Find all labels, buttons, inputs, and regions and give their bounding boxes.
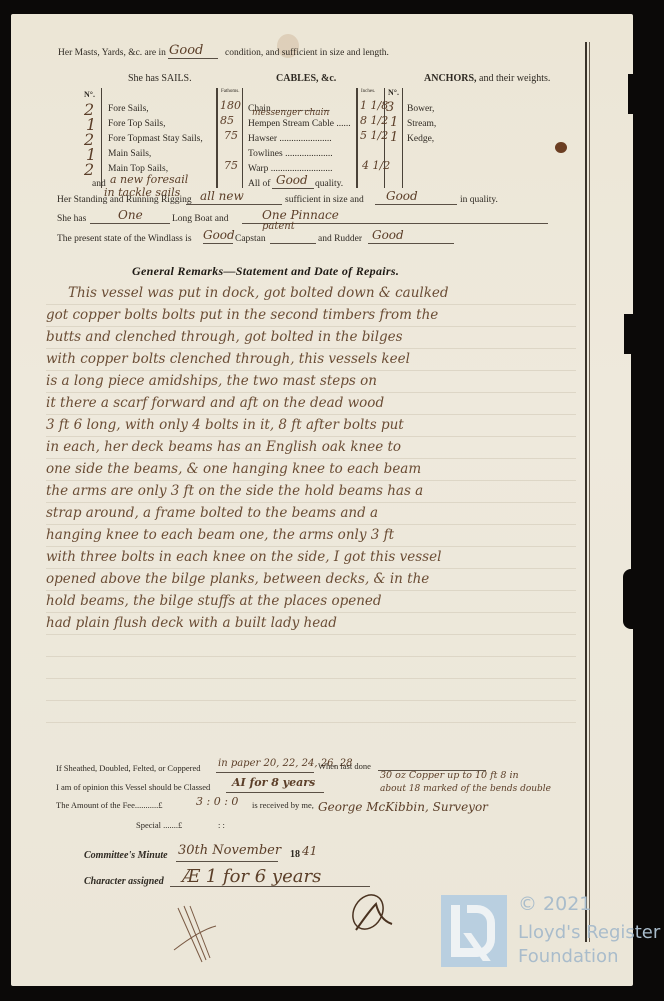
remarks-line: the arms are only 3 ft on the side the h… (46, 480, 606, 502)
capstan-label: Capstan (235, 234, 266, 244)
fathoms-header: Fathoms. (221, 89, 239, 94)
sail-label: Fore Topmast Stay Sails, (108, 134, 203, 144)
remarks-line: butts and clenched through, got bolted i… (46, 326, 606, 348)
boat-middle: Long Boat and (172, 214, 228, 224)
remarks-line: with copper bolts clenched through, this… (46, 348, 606, 370)
remarks-line: in each, her deck beams has an English o… (46, 436, 606, 458)
remarks-line: strap around, a frame bolted to the beam… (46, 502, 606, 524)
remarks-line: is a long piece amidships, the two mast … (46, 370, 606, 392)
fee-label: The Amount of the Fee...........£ (56, 800, 162, 810)
remarks-line: it there a scarf forward and aft on the … (46, 392, 606, 414)
committee-minute-label: Committee's Minute (84, 850, 168, 861)
watermark-org-line2: Foundation (518, 946, 618, 967)
anchors-no-header: N°. (388, 88, 399, 97)
cable-inches: 1 1/8 (360, 99, 388, 112)
anchor-count: 1 (390, 130, 398, 145)
remarks-line: one side the beams, & one hanging knee t… (46, 458, 606, 480)
when-last-done-label: When last done (318, 761, 371, 771)
rigging-middle: sufficient in size and (285, 195, 364, 205)
all-of-label: All of (248, 179, 270, 189)
year-prefix: 18 (290, 849, 300, 860)
classed-note: about 18 marked of the bends double (380, 784, 551, 794)
surveyor-signature: George McKibbin, Surveyor (318, 800, 488, 814)
ink-blot (555, 142, 567, 153)
fee-received-label: is received by me, (252, 800, 314, 810)
rigging-value-2: Good (386, 189, 418, 203)
cable-fathoms: 180 (220, 99, 241, 112)
fee-value: 3 : 0 : 0 (196, 795, 238, 808)
cables-heading: CABLES, &c. (276, 73, 336, 84)
character-assigned-label: Character assigned (84, 876, 164, 887)
when-last-done-value: 30 oz Copper up to 10 ft 8 in (380, 770, 519, 781)
long-boat-value: One (118, 208, 143, 222)
sail-label: Main Sails, (108, 149, 151, 159)
committee-minute-value: 30th November (178, 843, 281, 858)
torn-edge (628, 74, 636, 114)
boat-label: She has (57, 214, 86, 224)
masts-label: Her Masts, Yards, &c. are in (58, 48, 166, 58)
special-label: Special .......£ (136, 820, 182, 830)
anchor-count: 1 (390, 115, 398, 130)
special-value: : : (218, 820, 225, 830)
windlass-value: Good (203, 228, 235, 242)
remarks-line: This vessel was put in dock, got bolted … (46, 282, 606, 304)
remarks-body: This vessel was put in dock, got bolted … (46, 282, 606, 634)
sheathed-label: If Sheathed, Doubled, Felted, or Coppere… (56, 763, 200, 773)
cable-fathoms: 75 (224, 159, 238, 172)
remarks-heading: General Remarks—Statement and Date of Re… (132, 264, 399, 279)
anchor-label: Kedge, (407, 134, 434, 144)
anchors-heading: ANCHORS, and their weights. (424, 73, 550, 84)
anchor-label: Stream, (407, 119, 436, 129)
rudder-label: and Rudder (318, 234, 362, 244)
cable-fathoms: 85 (220, 114, 234, 127)
cable-inches: 8 1/2 (360, 114, 388, 127)
sails-heading: She has SAILS. (128, 73, 192, 84)
classed-value: AI for 8 years (232, 776, 315, 789)
cable-annotation: messenger chain (252, 108, 329, 118)
cable-label: Towlines .................... (248, 149, 333, 159)
initials-monogram-icon (346, 890, 396, 940)
masts-suffix: condition, and sufficient in size and le… (225, 48, 389, 58)
character-assigned-value: Æ 1 for 6 years (182, 866, 321, 887)
classed-label: I am of opinion this Vessel should be Cl… (56, 782, 210, 792)
watermark-org-line1: Lloyd's Register (518, 922, 660, 943)
watermark-copyright: © 2021 (518, 893, 591, 915)
rigging-value-1: all new (200, 189, 244, 203)
sails-and-value: a new foresail (110, 173, 188, 186)
cable-fathoms: 75 (224, 129, 238, 142)
remarks-line: hanging knee to each beam one, the arms … (46, 524, 606, 546)
rudder-value: Good (372, 228, 404, 242)
all-of-value: Good (276, 173, 308, 187)
inches-header: Inches. (361, 89, 375, 94)
remarks-line: opened above the bilge planks, between d… (46, 568, 606, 590)
cable-inches: 5 1/2 (360, 129, 388, 142)
remarks-line: got copper bolts bolts put in the second… (46, 304, 606, 326)
rigging-suffix: in quality. (460, 195, 498, 205)
remarks-line: 3 ft 6 long, with only 4 bolts in it, 8 … (46, 414, 606, 436)
anchor-count: 3 (386, 100, 394, 115)
sails-no-header: N°. (84, 90, 95, 99)
all-of-suffix: quality. (315, 179, 343, 189)
rigging-label: Her Standing and Running Rigging (57, 195, 192, 205)
sail-count: 2 (84, 160, 94, 179)
year-suffix: 41 (302, 844, 317, 858)
cable-label: Hempen Stream Cable ...... (248, 119, 351, 129)
lr-foundation-logo-icon (441, 895, 507, 967)
initials-flourish-icon (170, 900, 220, 970)
sail-label: Fore Sails, (108, 104, 149, 114)
anchor-label: Bower, (407, 104, 434, 114)
windlass-label: The present state of the Windlass is (57, 234, 192, 244)
remarks-line: hold beams, the bilge stuffs at the plac… (46, 590, 606, 612)
pinnace-value: One Pinnace (262, 208, 339, 222)
remarks-line: with three bolts in each knee on the sid… (46, 546, 606, 568)
remarks-line: had plain flush deck with a built lady h… (46, 612, 606, 634)
torn-edge (631, 354, 637, 584)
torn-edge (623, 569, 637, 629)
masts-value: Good (169, 43, 203, 58)
capstan-value: patent (262, 221, 295, 232)
cable-inches: 4 1/2 (362, 159, 390, 172)
cable-label: Hawser ...................... (248, 134, 332, 144)
torn-edge (624, 314, 636, 354)
sail-label: Fore Top Sails, (108, 119, 165, 129)
